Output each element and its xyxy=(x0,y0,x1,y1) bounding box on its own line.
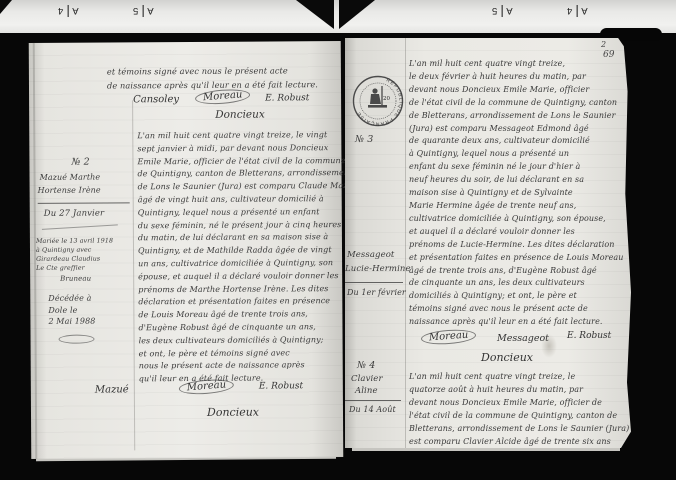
signature-moreau: Moreau xyxy=(421,330,476,344)
text-line: Décédée à xyxy=(48,293,95,305)
margin-child-name: Aline xyxy=(355,386,378,396)
text-line: Bletterans, arrondissement de Lons le Sa… xyxy=(409,422,629,435)
text-line: de Lons le Saunier (Jura) est comparu Cl… xyxy=(138,180,358,194)
left-margin-rule xyxy=(132,100,135,450)
right-page: 2 69 RÉPUBLIQUE FRANÇAISE 20 № 3 Message… xyxy=(345,38,631,448)
registration-mark-a5-left: A 5 xyxy=(133,5,154,17)
mark-number: 5 xyxy=(133,6,138,17)
text-line: 2 Mai 1988 xyxy=(48,316,95,328)
stamp-value: 20 xyxy=(383,96,390,102)
mark-letter: A xyxy=(581,6,587,17)
text-line: (Jura) est comparu Messageot Edmond âgé xyxy=(409,123,624,136)
left-page: et témoins signé avec nous le présent ac… xyxy=(29,41,344,459)
registration-mark-a5-right: A 5 xyxy=(492,5,513,17)
signature-moreau: Moreau xyxy=(195,90,250,104)
mark-letter: A xyxy=(72,6,78,17)
margin-underline xyxy=(345,282,403,283)
right-margin-rule xyxy=(405,38,406,448)
text-line: l'état civil de la commune de Quintigny,… xyxy=(409,409,629,422)
margin-date: Du 14 Août xyxy=(349,405,396,414)
text-line: le deux février à huit heures du matin, … xyxy=(409,71,624,84)
registration-mark-a4-right: A 4 xyxy=(567,5,588,17)
margin-date: Du 1er février xyxy=(347,288,406,297)
text-line: Marie Hermine âgée de trente neuf ans, xyxy=(409,200,624,213)
margin-underline xyxy=(345,400,401,401)
mark-letter: A xyxy=(147,6,153,17)
signature-robust: E. Robust xyxy=(259,381,303,391)
text-line: L'an mil huit cent quatre vingt treize, … xyxy=(137,129,357,143)
margin-child-name: Clavier xyxy=(351,374,383,384)
margin-date: Du 27 Janvier xyxy=(44,208,104,218)
text-line: domiciliés à Quintigny; et ont, le père … xyxy=(409,290,624,303)
mark-tick xyxy=(67,5,68,17)
death-margin-note: Décédée àDole le2 Mai 1988 xyxy=(48,293,95,328)
signature-robust: E. Robust xyxy=(265,93,309,103)
text-line: neuf heures du soir, de lui déclarant en… xyxy=(409,174,624,187)
mark-letter: A xyxy=(506,6,512,17)
signature-robust: E. Robust xyxy=(567,331,611,341)
film-header-strip: A 4 A 5 A 5 A 4 xyxy=(0,0,676,33)
margin-child-name: Lucie-Hermine xyxy=(345,264,411,274)
signature-flourish: Moreau xyxy=(421,328,477,346)
text-line: est comparu Clavier Alcide âgé de trente… xyxy=(409,435,629,448)
mark-tick xyxy=(501,5,502,17)
text-line: à Quintigny avec xyxy=(36,245,113,254)
text-line: à Quintigny, lequel nous a présenté un xyxy=(409,148,624,161)
text-line: devant nous Doncieux Emile Marie, offici… xyxy=(409,84,624,97)
signature-moreau: Moreau xyxy=(179,380,234,394)
text-line: et présentation faites en présence de Lo… xyxy=(409,252,624,265)
text-line: L'an mil huit cent quatre vingt treize, … xyxy=(409,370,629,383)
text-line: enfant du sexe féminin né le jour d'hier… xyxy=(409,161,624,174)
notch-triangle-left xyxy=(296,0,334,29)
margin-child-name: Hortense Irène xyxy=(38,186,101,195)
text-line: de quarante deux ans, cultivateur domici… xyxy=(409,135,624,148)
margin-flourish xyxy=(42,224,118,229)
text-line: naissance après qu'il leur en a été fait… xyxy=(409,316,624,329)
mark-number: 4 xyxy=(567,6,572,17)
text-line: et témoins signé avec nous le présent ac… xyxy=(107,63,318,78)
signature-officer: Doncieux xyxy=(207,406,259,419)
ink-smudge xyxy=(541,334,557,358)
text-line: Dole le xyxy=(48,304,95,316)
signature-flourish: Moreau xyxy=(195,88,251,106)
text-line: sept janvier à midi, par devant nous Don… xyxy=(137,142,357,156)
previous-act-closing-lines: et témoins signé avec nous le présent ac… xyxy=(107,63,318,92)
microfilm-scan: A 4 A 5 A 5 A 4 et témoins signé avec xyxy=(0,0,676,480)
marriage-margin-note: Mariée le 13 avril 1918à Quintigny avecG… xyxy=(36,236,113,272)
text-line: épouse, et auquel il a déclaré vouloir d… xyxy=(138,270,358,284)
text-line: Le Cte greffier xyxy=(36,263,113,272)
registration-mark-a4-left: A 4 xyxy=(58,5,79,17)
mark-number: 5 xyxy=(492,6,497,17)
text-line: qu'il leur en a été fait lecture. xyxy=(139,372,359,386)
margin-child-name: Mazué Marthe xyxy=(40,173,101,182)
republique-francaise-stamp: RÉPUBLIQUE FRANÇAISE 20 xyxy=(351,74,405,128)
text-line: de cinquante un ans, les deux cultivateu… xyxy=(409,277,624,290)
text-line: prénoms de Lucie-Hermine. Les dites décl… xyxy=(409,239,624,252)
signature-officer: Doncieux xyxy=(481,351,533,364)
mark-number: 4 xyxy=(58,6,63,17)
film-corner-wedge xyxy=(0,0,12,14)
text-line: Girardeau Claudius xyxy=(36,254,113,263)
margin-underline xyxy=(38,202,130,204)
signature-father-mazue: Mazué xyxy=(95,384,129,395)
margin-child-name: Messageot xyxy=(347,250,394,260)
act4-body-lines: L'an mil huit cent quatre vingt treize, … xyxy=(409,370,629,448)
text-line: de l'état civil de la commune de Quintig… xyxy=(409,97,624,110)
margin-note-paraph: Bruneau xyxy=(60,275,91,283)
mark-tick xyxy=(142,5,143,17)
signature-officer: Doncieux xyxy=(215,109,265,121)
text-line: âgé de trente trois ans, d'Eugène Robust… xyxy=(409,265,624,278)
text-line: maison sise à Quintigny et de Sylvainte xyxy=(409,187,624,200)
signature-witness: Cansoley xyxy=(133,94,179,105)
act-number-label: № 4 xyxy=(357,360,375,371)
margin-paraph-oval xyxy=(59,335,95,344)
act-number-label: № 2 xyxy=(71,157,89,168)
page-number: 2 xyxy=(601,40,606,49)
act-number-label: № 3 xyxy=(355,134,373,145)
text-line: et auquel il a déclaré vouloir donner le… xyxy=(409,226,624,239)
text-line: cultivatrice domiciliée à Quintigny, son… xyxy=(409,213,624,226)
act3-body-lines: L'an mil huit cent quatre vingt treize,l… xyxy=(409,58,624,329)
text-line: Mariée le 13 avril 1918 xyxy=(36,236,113,245)
text-line: quatorze août à huit heures du matin, pa… xyxy=(409,383,629,396)
notch-triangle-right xyxy=(339,0,375,29)
act2-body-lines: L'an mil huit cent quatre vingt treize, … xyxy=(137,129,359,386)
signature-flourish: Moreau xyxy=(178,378,234,396)
text-line: de Bletterans, arrondissement de Lons le… xyxy=(409,110,624,123)
text-line: déclaration et présentation faites en pr… xyxy=(138,295,358,309)
text-line: devant nous Doncieux Emile Marie, offici… xyxy=(409,396,629,409)
text-line: témoins signé avec nous le présent acte … xyxy=(409,303,624,316)
mark-tick xyxy=(576,5,577,17)
text-line: L'an mil huit cent quatre vingt treize, xyxy=(409,58,624,71)
text-line: un ans, cultivatrice domiciliée à Quinti… xyxy=(138,257,358,271)
